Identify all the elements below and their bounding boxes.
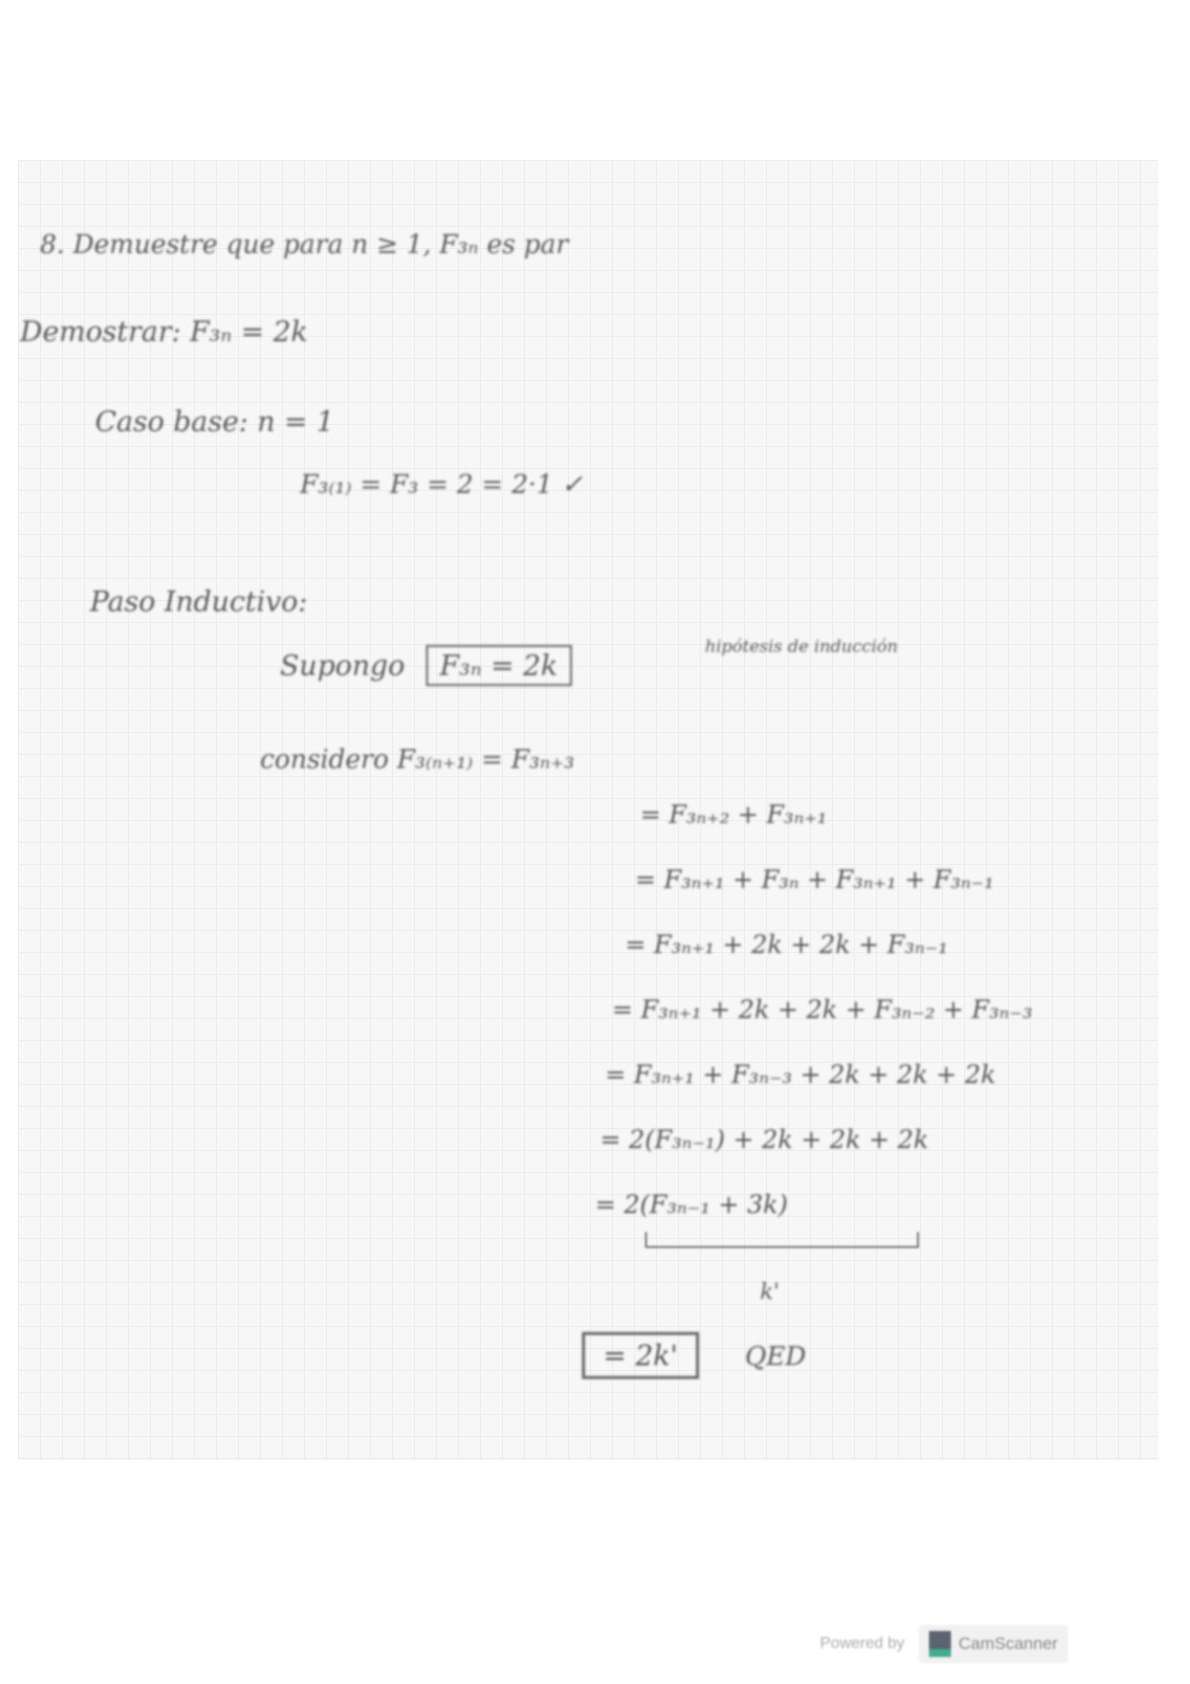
qed-mark: QED: [745, 1342, 806, 1372]
hypothesis-note: hipótesis de inducción: [705, 638, 905, 656]
base-case-label: Caso base: n = 1: [95, 405, 334, 438]
camscanner-logo-icon: [929, 1631, 951, 1657]
watermark-prefix: Powered by: [820, 1635, 905, 1653]
problem-statement: 8. Demuestre que para n ≥ 1, F₃ₙ es par: [40, 230, 568, 260]
inductive-step-label: Paso Inductivo:: [90, 585, 307, 618]
watermark-badge: CamScanner: [919, 1625, 1068, 1663]
proof-step: = 2(F₃ₙ₋₁) + 2k + 2k + 2k: [600, 1125, 929, 1154]
proof-step: = 2(F₃ₙ₋₁ + 3k): [595, 1190, 788, 1219]
proof-step: = F₃ₙ₊₁ + F₃ₙ + F₃ₙ₊₁ + F₃ₙ₋₁: [635, 865, 994, 894]
suppose-label: Supongo: [280, 649, 405, 682]
hypothesis-box: F₃ₙ = 2k: [426, 645, 572, 686]
proof-step: = F₃ₙ₊₁ + F₃ₙ₋₃ + 2k + 2k + 2k: [605, 1060, 996, 1089]
camscanner-watermark: Powered by CamScanner: [820, 1625, 1068, 1663]
base-case-equation: F₃₍₁₎ = F₃ = 2 = 2·1 ✓: [300, 470, 583, 500]
conclusion-box: = 2k': [582, 1332, 699, 1379]
claim: Demostrar: F₃ₙ = 2k: [20, 315, 308, 348]
proof-step: = F₃ₙ₊₁ + 2k + 2k + F₃ₙ₋₂ + F₃ₙ₋₃: [612, 995, 1033, 1024]
watermark-brand: CamScanner: [959, 1634, 1058, 1654]
proof-step: = F₃ₙ₊₁ + 2k + 2k + F₃ₙ₋₁: [625, 930, 948, 959]
underbrace: [645, 1232, 919, 1248]
proof-step: = F₃ₙ₊₂ + F₃ₙ₊₁: [640, 800, 827, 829]
hypothesis-line: Supongo F₃ₙ = 2k: [280, 645, 572, 686]
consider-line: considero F₃₍ₙ₊₁₎ = F₃ₙ₊₃: [260, 745, 574, 775]
graph-paper-sheet: [18, 160, 1158, 1460]
brace-label: k': [760, 1280, 779, 1305]
